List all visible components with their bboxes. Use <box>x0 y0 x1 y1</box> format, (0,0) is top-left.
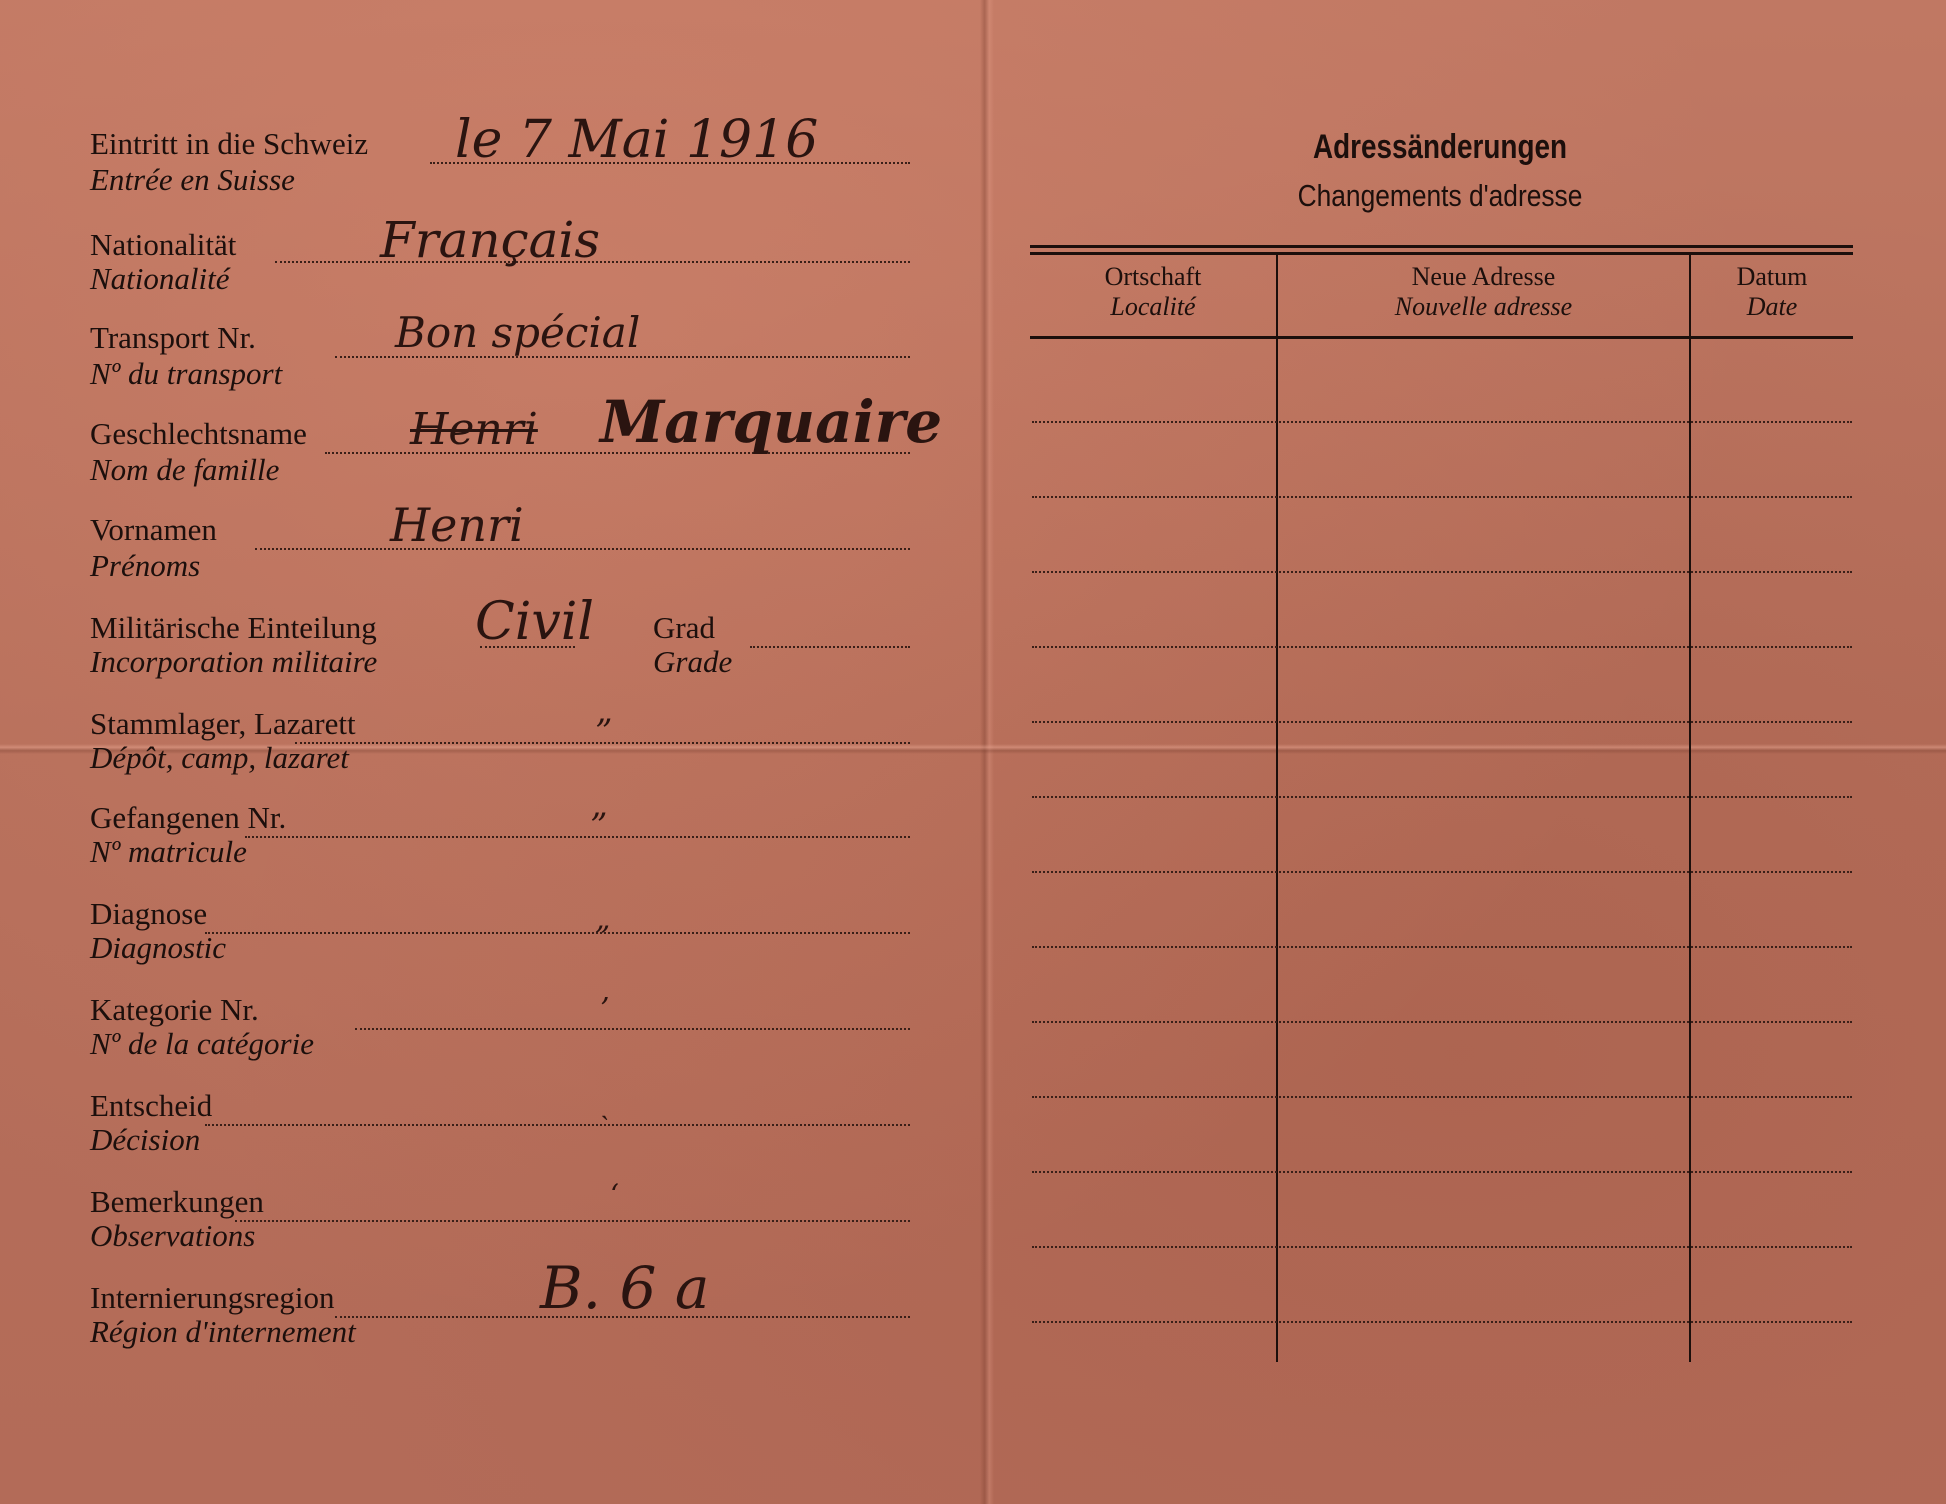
label-de: Entscheid <box>90 1088 212 1124</box>
label-de: Vornamen <box>90 512 217 548</box>
label-fr: Entrée en Suisse <box>90 162 295 198</box>
label-fr: Nº du transport <box>90 356 282 392</box>
column-header-de: Datum <box>1737 262 1808 291</box>
field-camp-hospital: Stammlager, Lazarett Dépôt, camp, lazare… <box>90 706 910 786</box>
field-diagnosis: Diagnose Diagnostic „ <box>90 896 910 976</box>
label-de: Nationalität <box>90 227 236 263</box>
table-top-rule <box>1030 245 1853 248</box>
internment-region-value: B. 6 a <box>540 1254 709 1322</box>
field-internment-region: Internierungsregion Région d'internement… <box>90 1280 910 1360</box>
column-header-fr: Localité <box>1030 292 1276 322</box>
camp-hospital-value: ” <box>595 712 612 752</box>
label-de: Kategorie Nr. <box>90 992 259 1028</box>
label-fr: Décision <box>90 1122 200 1158</box>
field-category-number: Kategorie Nr. Nº de la catégorie ’ <box>90 992 910 1072</box>
diagnosis-value: „ <box>595 902 611 937</box>
column-header-date: Datum Date <box>1691 262 1853 322</box>
field-entry-date: Eintritt in die Schweiz Entrée en Suisse… <box>90 122 910 202</box>
table-row-line <box>1032 946 1852 948</box>
decision-value: ˎ <box>600 1088 609 1122</box>
table-row-line <box>1032 1171 1852 1173</box>
prisoner-number-value: ” <box>590 806 607 846</box>
label-de: Transport Nr. <box>90 320 256 356</box>
fill-line <box>245 836 910 838</box>
table-row-line <box>1032 571 1852 573</box>
label-fr: Région d'internement <box>90 1314 356 1350</box>
table-row-line <box>1032 1321 1852 1323</box>
table-row-line <box>1032 721 1852 723</box>
label-fr: Nº matricule <box>90 834 247 870</box>
column-header-locality: Ortschaft Localité <box>1030 262 1276 322</box>
fill-line <box>235 1220 910 1222</box>
table-row-line <box>1032 1246 1852 1248</box>
nationality-value: Français <box>380 211 600 269</box>
table-row-line <box>1032 496 1852 498</box>
struck-name-value: Henri <box>410 404 538 455</box>
label-fr: Nationalité <box>90 261 230 297</box>
section-title-fr: Changements d'adresse <box>1270 178 1610 214</box>
table-top-rule-2 <box>1030 252 1853 255</box>
first-names-value: Henri <box>390 498 524 552</box>
label-de: Geschlechtsname <box>90 416 307 452</box>
table-row-line <box>1032 871 1852 873</box>
label-fr: Nom de famille <box>90 452 279 488</box>
column-header-de: Ortschaft <box>1105 262 1202 291</box>
label-de: Internierungsregion <box>90 1280 334 1316</box>
label-de: Bemerkungen <box>90 1184 264 1220</box>
transport-value: Bon spécial <box>395 308 640 357</box>
category-number-value: ’ <box>600 992 610 1027</box>
column-header-fr: Nouvelle adresse <box>1278 292 1689 322</box>
table-row-line <box>1032 421 1852 423</box>
entry-date-value: le 7 Mai 1916 <box>455 110 818 170</box>
table-header-rule <box>1030 336 1853 339</box>
label-de: Stammlager, Lazarett <box>90 706 356 742</box>
section-title-de: Adressänderungen <box>1276 128 1604 167</box>
fill-line <box>205 932 910 934</box>
table-row-line <box>1032 646 1852 648</box>
label-de: Gefangenen Nr. <box>90 800 286 836</box>
label-fr: Incorporation militaire <box>90 644 377 680</box>
label-fr: Prénoms <box>90 548 200 584</box>
table-row-line <box>1032 1021 1852 1023</box>
field-first-names: Vornamen Prénoms Henri <box>90 512 910 592</box>
field-nationality: Nationalität Nationalité Français <box>90 225 910 305</box>
table-row-line <box>1032 1096 1852 1098</box>
field-observations: Bemerkungen Observations ʻ <box>90 1184 910 1264</box>
field-decision: Entscheid Décision ˎ <box>90 1088 910 1168</box>
fill-line <box>355 1028 910 1030</box>
field-family-name: Geschlechtsname Nom de famille Henri Mar… <box>90 416 910 496</box>
label-fr: Nº de la catégorie <box>90 1026 314 1062</box>
column-header-de: Neue Adresse <box>1412 262 1556 291</box>
observations-value: ʻ <box>610 1178 619 1211</box>
grade-label-fr: Grade <box>653 644 732 680</box>
table-row-line <box>1032 796 1852 798</box>
field-prisoner-number: Gefangenen Nr. Nº matricule ” <box>90 800 910 880</box>
column-header-fr: Date <box>1691 292 1853 322</box>
family-name-value: Marquaire <box>600 388 942 456</box>
grade-fill-line <box>750 646 910 648</box>
label-de: Militärische Einteilung <box>90 610 377 646</box>
label-fr: Dépôt, camp, lazaret <box>90 740 349 776</box>
field-military-incorporation: Militärische Einteilung Incorporation mi… <box>90 608 910 688</box>
label-de: Diagnose <box>90 896 207 932</box>
fill-line <box>255 548 910 550</box>
label-fr: Observations <box>90 1218 255 1254</box>
military-incorporation-value: Civil <box>475 592 594 652</box>
column-header-new-address: Neue Adresse Nouvelle adresse <box>1278 262 1689 322</box>
fill-line <box>205 1124 910 1126</box>
grade-label-de: Grad <box>653 610 715 646</box>
label-de: Eintritt in die Schweiz <box>90 126 368 162</box>
label-fr: Diagnostic <box>90 930 226 966</box>
